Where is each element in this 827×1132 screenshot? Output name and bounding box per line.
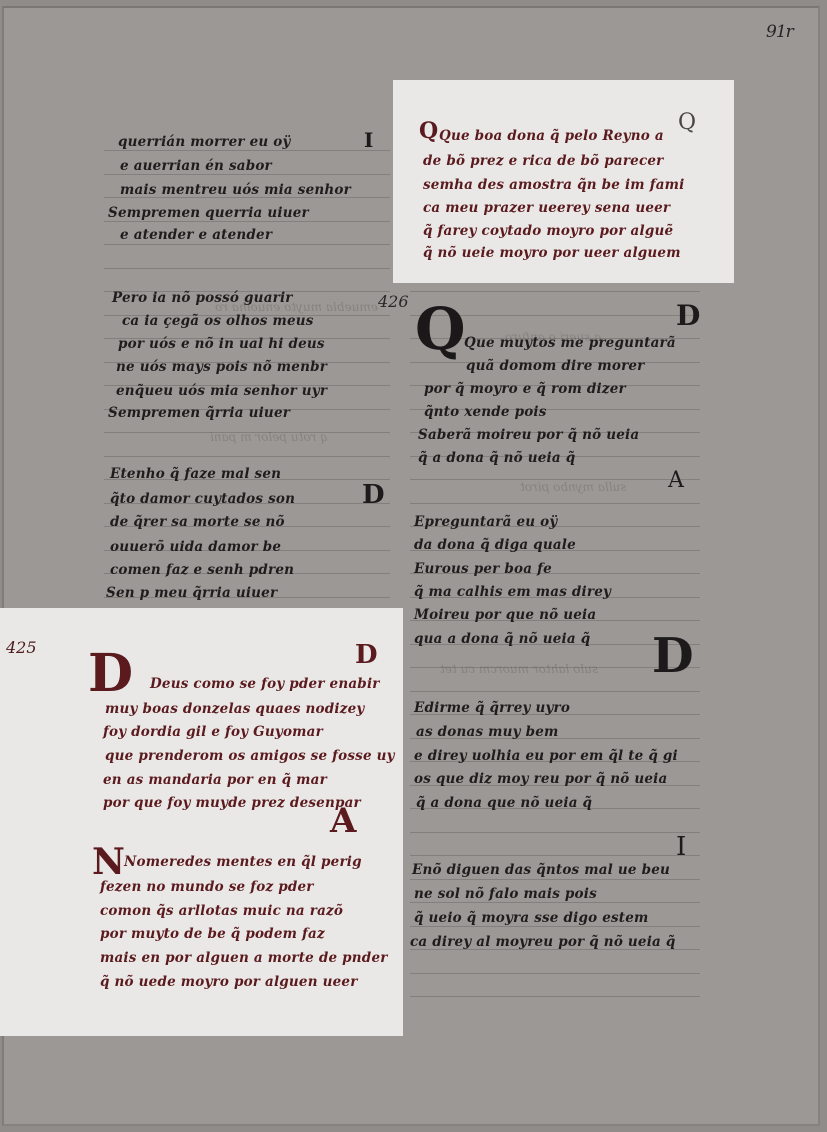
verse-line: q̃ a dona q̃ nõ ueia q̃: [418, 450, 575, 466]
verse-line: semha des amostra q̃n be im fami: [423, 177, 684, 193]
verse-line: Sen p meu q̃rria uiuer: [106, 585, 277, 601]
ruling-line: [104, 221, 390, 222]
guide-letter: D: [676, 302, 700, 330]
verse-line: mais mentreu uós mia senhor: [120, 182, 351, 198]
verse-line: Saberã moireu por q̃ nõ ueia: [418, 427, 639, 443]
verse-line: fezen no mundo se foz pder: [100, 879, 314, 895]
show-through-text: sulla mynbo pirot: [520, 480, 626, 494]
verse-line: mais en por alguen a morte de pnder: [100, 950, 388, 966]
verse-line: Eurous per boa fe: [414, 561, 552, 577]
illuminated-initial: N: [92, 844, 125, 880]
verse-line: os que diz moy reu por q̃ nõ ueia: [414, 771, 667, 787]
verse-line: que prenderom os amigos se fosse uy: [105, 748, 395, 764]
verse-line: muy boas donzelas quaes nodizey: [105, 701, 364, 717]
guide-letter: I: [364, 130, 373, 150]
verse-line: Enõ diguen das q̃ntos mal ue beu: [412, 862, 670, 878]
verse-line: enq̃ueu uós mia senhor uyr: [116, 383, 327, 399]
verse-line: da dona q̃ diga quale: [414, 537, 576, 553]
ruling-line: [104, 174, 390, 175]
verse-line: querrián morrer eu oÿ: [118, 134, 291, 150]
ruling-line: [410, 291, 700, 292]
ruling-line: [410, 902, 700, 903]
show-through-text: sulo lahtor muorcm cu tet: [440, 662, 598, 676]
verse-line: e atender e atender: [120, 227, 272, 243]
highlighted-region-right: Q Q Que boa dona q̃ pelo Reyno a de bõ p…: [393, 80, 734, 283]
verse-line: comen faz e senh pdren: [110, 562, 294, 578]
ruling-line: [410, 996, 700, 997]
verse-line: ne sol nõ falo mais pois: [414, 886, 597, 902]
verse-line: e auerrian én sabor: [120, 158, 272, 174]
illuminated-initial: D: [88, 648, 133, 700]
ruling-line: [104, 244, 390, 245]
ruling-line: [410, 879, 700, 880]
verse-line: ouuerõ uida damor be: [110, 539, 281, 555]
verse-line: por q̃ moyro e q̃ rom dizer: [424, 381, 626, 397]
verse-line: q̃ a dona que nõ ueia q̃: [416, 795, 592, 811]
verse-line: q̃nto xende pois: [424, 404, 547, 420]
illuminated-initial: Q: [419, 120, 438, 142]
ruling-line: [410, 855, 700, 856]
verse-line: q̃ farey coytado moyro por alguẽ: [423, 223, 673, 239]
verse-line: Sempremen q̃rria uiuer: [108, 405, 290, 421]
ruling-line: [410, 503, 700, 504]
verse-line: Que boa dona q̃ pelo Reyno a: [439, 128, 664, 144]
verse-line: e direy uolhia eu por em q̃l te q̃ gi: [414, 748, 678, 764]
ruling-line: [410, 973, 700, 974]
verse-line: Moireu por que nõ ueia: [414, 607, 596, 623]
guide-letter: D: [362, 482, 385, 508]
ruling-line: [104, 268, 390, 269]
verse-line: Etenho q̃ faze mal sen: [110, 466, 281, 482]
verse-line: Pero ia nõ possó guarir: [112, 290, 293, 306]
highlighted-region-left: 425 D D Deus como se foy pder enabir muy…: [0, 608, 403, 1036]
verse-line: Epreguntarã eu oÿ: [414, 514, 557, 530]
verse-line: por muyto de be q̃ podem faz: [100, 926, 325, 942]
verse-line: Edirme q̃ q̃rrey uyro: [414, 700, 570, 716]
verse-line: por uós e nõ in ual hi deus: [118, 336, 325, 352]
verse-line: ca direy al moyreu por q̃ nõ ueia q̃: [410, 934, 676, 950]
verse-line: foy dordia gil e foy Guyomar: [103, 724, 323, 740]
illuminated-initial: Q: [415, 300, 466, 358]
verse-line: por que foy muyde prez desenpar: [103, 795, 361, 811]
verse-line: comon q̃s arllotas muic na razõ: [100, 903, 343, 919]
verse-line: quã domom dire morer: [466, 358, 645, 374]
verse-line: q̃to damor cuytados son: [110, 491, 295, 507]
ruling-line: [410, 926, 700, 927]
verse-line: as donas muy bem: [416, 724, 559, 740]
ruling-line: [104, 150, 390, 151]
folio-number: 91r: [766, 22, 793, 42]
verse-line: qua a dona q̃ nõ ueia q̃: [414, 631, 590, 647]
verse-line: q̃ ma calhis em mas direy: [414, 584, 611, 600]
verse-line: de q̃rer sa morte se nõ: [110, 514, 285, 530]
ruling-line: [410, 832, 700, 833]
show-through-text: q rotu pelor m pani: [210, 430, 328, 444]
guide-letter: A: [668, 470, 684, 492]
verse-line: q̃ ueio q̃ moyra sse digo estem: [414, 910, 649, 926]
poem-number: 426: [378, 292, 409, 311]
guide-letter: D: [652, 632, 694, 680]
verse-line: q̃ nõ ueie moyro por ueer alguem: [423, 245, 681, 261]
verse-line: Sempremen querria uiuer: [108, 205, 309, 221]
guide-letter: Q: [678, 112, 696, 134]
verse-line: Que muytos me preguntarã: [464, 335, 676, 351]
verse-line: ca meu prazer ueerey sena ueer: [423, 200, 670, 216]
verse-line: Deus como se foy pder enabir: [150, 676, 380, 692]
verse-line: en as mandaria por en q̃ mar: [103, 772, 327, 788]
guide-letter: A: [330, 804, 356, 838]
verse-line: ca ia çegã os olhos meus: [122, 313, 314, 329]
guide-letter: I: [676, 834, 686, 860]
verse-line: Nomeredes mentes en q̃l perig: [124, 854, 362, 870]
verse-line: de bõ prez e rica de bõ parecer: [423, 153, 663, 169]
ruling-line: [410, 691, 700, 692]
guide-letter: D: [355, 642, 378, 668]
ruling-line: [104, 456, 390, 457]
verse-line: ne uós mays pois nõ menbr: [116, 359, 327, 375]
verse-line: q̃ nõ uede moyro por alguen ueer: [100, 974, 358, 990]
poem-number: 425: [6, 638, 37, 657]
